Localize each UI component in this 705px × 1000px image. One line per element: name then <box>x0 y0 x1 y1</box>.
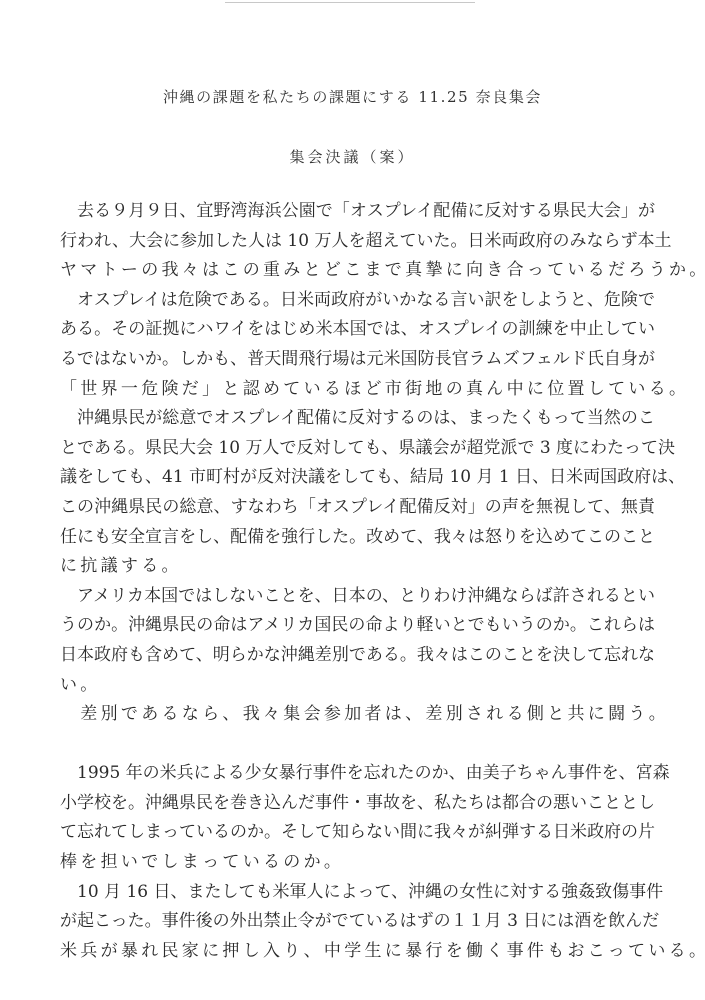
text-line: アメリカ本国ではしないことを、日本の、とりわけ沖縄ならば許されるとい <box>60 582 655 612</box>
paragraph-rally: 去る９月９日、宜野湾海浜公園で「オスプレイ配備に反対する県民大会」が 行われ、大… <box>60 197 660 286</box>
text-line: に抗議する。 <box>60 552 660 582</box>
text-line: 小学校を。沖縄県民を巻き込んだ事件・事故を、私たちは都合の悪いこととし <box>60 789 655 819</box>
text-line: 10 月 16 日、またしても米軍人によって、沖縄の女性に対する強姦致傷事件 <box>60 878 655 908</box>
text-line: 行われ、大会に参加した人は 10 万人を超えていた。日米両政府のみならず本土 <box>60 227 655 257</box>
paragraph-discrimination: アメリカ本国ではしないことを、日本の、とりわけ沖縄ならば許されるとい うのか。沖… <box>60 582 660 700</box>
paragraph-1995-incident: 1995 年の米兵による少女暴行事件を忘れたのか、由美子ちゃん事件を、宮森 小学… <box>60 759 660 877</box>
text-line: うのか。沖縄県民の命はアメリカ国民の命より軽いとでもいうのか。これらは <box>60 611 655 641</box>
text-line: この沖縄県民の総意、すなわち「オスプレイ配備反対」の声を無視して、無責 <box>60 493 655 523</box>
paragraph-okinawa-opposition: 沖縄県民が総意でオスプレイ配備に反対するのは、まったくもって当然のこ とである。… <box>60 404 660 582</box>
text-line: 議をしても、41 市町村が反対決議をしても、結局 10 月 1 日、日米両国政府… <box>60 463 655 493</box>
paragraph-october-incident: 10 月 16 日、またしても米軍人によって、沖縄の女性に対する強姦致傷事件 が… <box>60 878 660 967</box>
paragraph-solidarity: 差別であるなら、我々集会参加者は、差別される側と共に闘う。 <box>60 700 660 730</box>
text-line: 「世界一危険だ」と認めているほど市街地の真ん中に位置している。 <box>60 375 660 405</box>
text-line: ある。その証拠にハワイをはじめ米本国では、オスプレイの訓練を中止してい <box>60 315 655 345</box>
scan-edge-line <box>225 2 475 3</box>
text-line: い。 <box>60 671 660 701</box>
text-line: 日本政府も含めて、明らかな沖縄差別である。我々はこのことを決して忘れな <box>60 641 655 671</box>
text-line: 沖縄県民が総意でオスプレイ配備に反対するのは、まったくもって当然のこ <box>60 404 655 434</box>
text-line: 任にも安全宣言をし、配備を強行した。改めて、我々は怒りを込めてこのこと <box>60 523 655 553</box>
page-title: 沖縄の課題を私たちの課題にする 11.25 奈良集会 <box>0 86 705 107</box>
text-line: が起こった。事件後の外出禁止令がでているはずの１１月 3 日には酒を飲んだ <box>60 907 655 937</box>
text-line: るではないか。しかも、普天間飛行場は元米国防長官ラムズフェルド氏自身が <box>60 345 655 375</box>
text-line: 米兵が暴れ民家に押し入り、中学生に暴行を働く事件もおこっている。 <box>60 937 660 967</box>
text-line: とである。県民大会 10 万人で反対しても、県議会が超党派で 3 度にわたって決 <box>60 434 655 464</box>
paragraph-osprey-danger: オスプレイは危険である。日米両政府がいかなる言い訳をしようと、危険で ある。その… <box>60 286 660 404</box>
text-line: て忘れてしまっているのか。そして知らない間に我々が糾弾する日米政府の片 <box>60 818 655 848</box>
text-line: 差別であるなら、我々集会参加者は、差別される側と共に闘う。 <box>60 700 660 730</box>
page-subtitle: 集会決議（案） <box>0 146 705 167</box>
text-line: 去る９月９日、宜野湾海浜公園で「オスプレイ配備に反対する県民大会」が <box>60 197 655 227</box>
text-line: オスプレイは危険である。日米両政府がいかなる言い訳をしようと、危険で <box>60 286 655 316</box>
paragraph-gap <box>60 730 660 760</box>
document-body: 去る９月９日、宜野湾海浜公園で「オスプレイ配備に反対する県民大会」が 行われ、大… <box>60 197 660 966</box>
text-line: 棒を担いでしまっているのか。 <box>60 848 660 878</box>
text-line: 1995 年の米兵による少女暴行事件を忘れたのか、由美子ちゃん事件を、宮森 <box>60 759 655 789</box>
text-line: ヤマトーの我々はこの重みとどこまで真摯に向き合っているだろうか。 <box>60 256 660 286</box>
